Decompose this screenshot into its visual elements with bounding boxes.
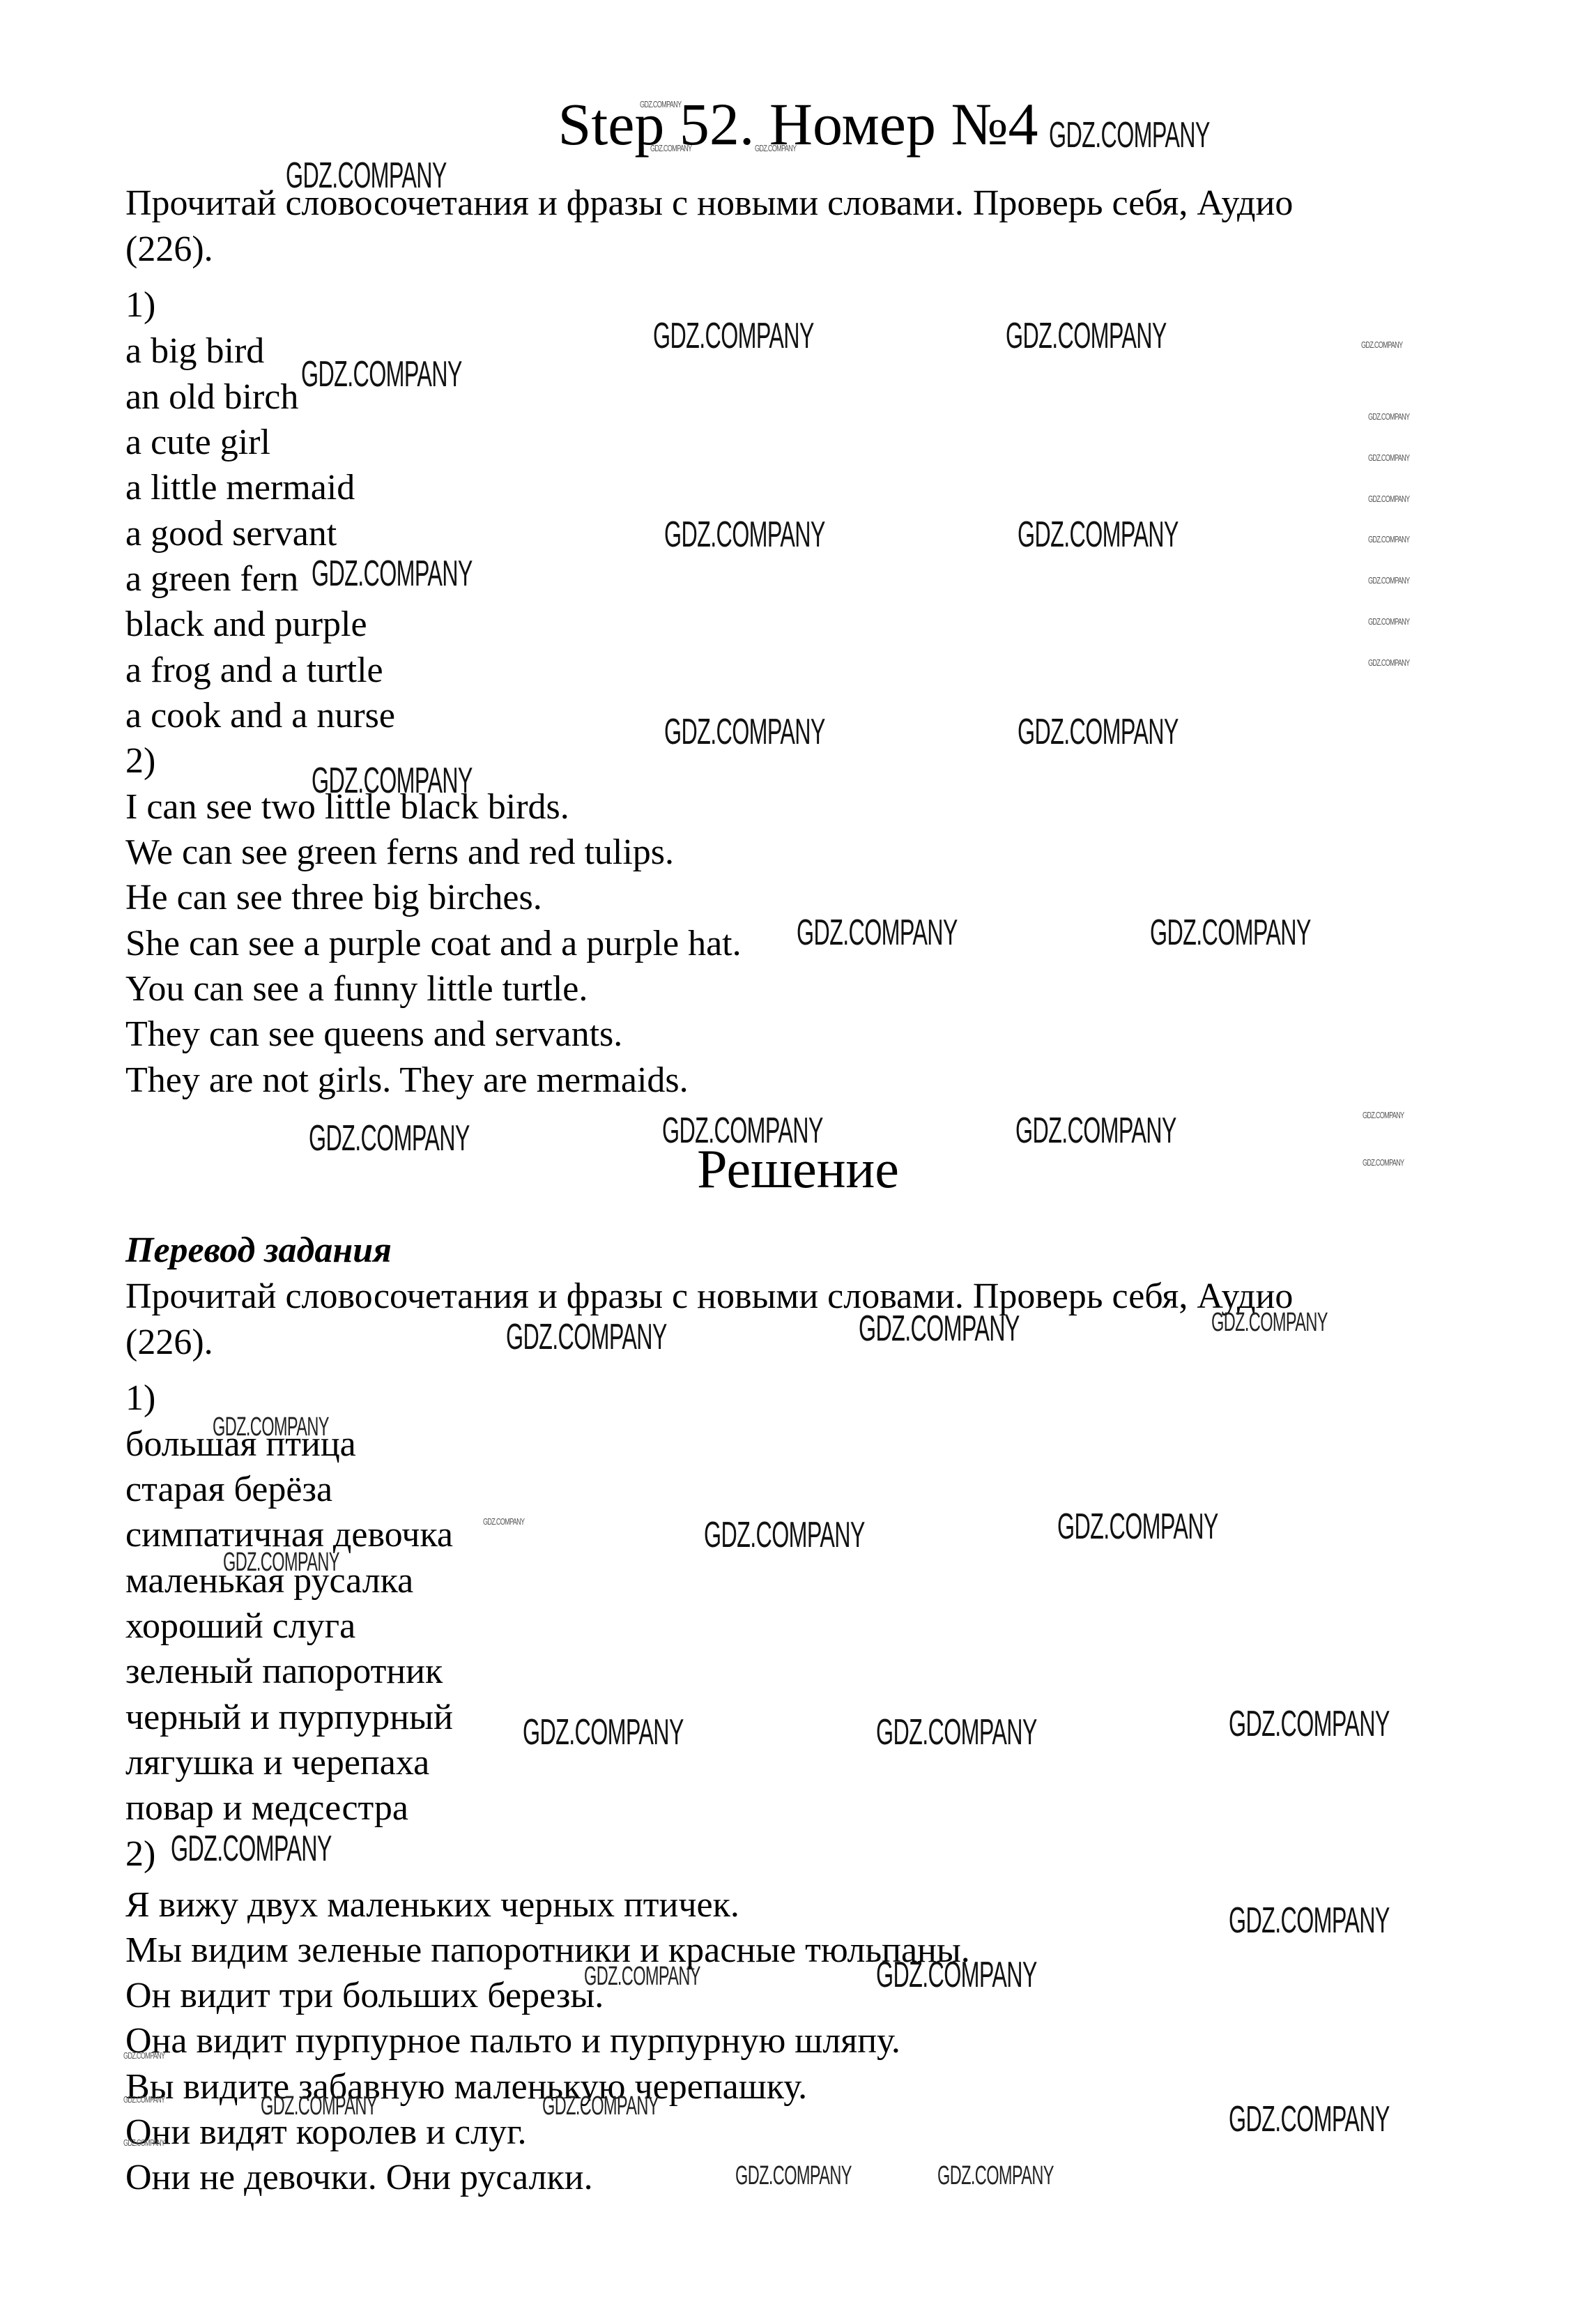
translated-phrase: зеленый папоротник [125, 1651, 443, 1693]
watermark: GDZ.COMPANY [1018, 711, 1179, 753]
watermark: GDZ.COMPANY [286, 155, 447, 197]
sentence-item: They can see queens and servants. [125, 1014, 622, 1055]
phrase-item: a little mermaid [125, 467, 355, 509]
watermark: GDZ.COMPANY [1361, 340, 1402, 350]
document-page: Step 52. Номер №4 Прочитай словосочетани… [0, 0, 1596, 2311]
translated-phrase: лягушка и черепаха [125, 1742, 429, 1784]
sentence-item: We can see green ferns and red tulips. [125, 832, 674, 874]
translated-phrase: хороший слуга [125, 1606, 355, 1647]
watermark: GDZ.COMPANY [1368, 452, 1409, 463]
solution-part1-label: 1) [125, 1378, 155, 1419]
watermark: GDZ.COMPANY [1049, 114, 1210, 156]
watermark: GDZ.COMPANY [1150, 912, 1311, 954]
sentence-item: You can see a funny little turtle. [125, 968, 588, 1010]
watermark: GDZ.COMPANY [1229, 1703, 1390, 1745]
watermark: GDZ.COMPANY [261, 2091, 377, 2121]
watermark: GDZ.COMPANY [1018, 514, 1179, 556]
watermark: GDZ.COMPANY [859, 1308, 1020, 1350]
watermark: GDZ.COMPANY [653, 315, 814, 357]
translated-sentence: Вы видите забавную маленькую черепашку. [125, 2066, 807, 2108]
watermark: GDZ.COMPANY [1363, 1110, 1404, 1120]
sentence-item: They are not girls. They are mermaids. [125, 1060, 689, 1101]
watermark: GDZ.COMPANY [1057, 1506, 1218, 1548]
watermark: GDZ.COMPANY [1015, 1110, 1176, 1152]
watermark: GDZ.COMPANY [123, 2094, 164, 2105]
watermark: GDZ.COMPANY [1368, 494, 1409, 504]
translated-sentence: Она видит пурпурное пальто и пурпурную ш… [125, 2020, 900, 2062]
translated-phrase: повар и медсестра [125, 1787, 408, 1829]
watermark: GDZ.COMPANY [640, 99, 681, 109]
watermark: GDZ.COMPANY [542, 2091, 659, 2121]
translated-phrase: старая берёза [125, 1469, 332, 1511]
watermark: GDZ.COMPANY [876, 1711, 1037, 1753]
watermark: GDZ.COMPANY [662, 1110, 823, 1152]
solution-part2-label: 2) [125, 1833, 155, 1875]
watermark: GDZ.COMPANY [312, 553, 473, 595]
phrase-item: a frog and a turtle [125, 650, 383, 692]
watermark: GDZ.COMPANY [171, 1828, 332, 1870]
translated-sentence: Мы видим зеленые папоротники и красные т… [125, 1930, 970, 1971]
watermark: GDZ.COMPANY [309, 1118, 470, 1159]
translated-sentence: Он видит три больших березы. [125, 1975, 604, 2017]
watermark: GDZ.COMPANY [523, 1711, 684, 1753]
watermark: GDZ.COMPANY [1006, 315, 1167, 357]
watermark: GDZ.COMPANY [704, 1514, 865, 1556]
phrase-item: black and purple [125, 604, 367, 646]
page-title: Step 52. Номер №4 [0, 91, 1596, 158]
translation-instruction: Прочитай словосочетания и фразы с новыми… [125, 1276, 1293, 1318]
watermark: GDZ.COMPANY [1229, 2098, 1390, 2140]
part2-label: 2) [125, 740, 155, 782]
watermark: GDZ.COMPANY [223, 1548, 339, 1578]
watermark: GDZ.COMPANY [664, 514, 825, 556]
watermark: GDZ.COMPANY [664, 711, 825, 753]
phrase-item: a cook and a nurse [125, 695, 395, 737]
watermark: GDZ.COMPANY [301, 353, 462, 395]
watermark: GDZ.COMPANY [755, 143, 796, 153]
task-instruction-cont: (226). [125, 229, 213, 270]
watermark: GDZ.COMPANY [213, 1412, 329, 1442]
phrase-item: a cute girl [125, 422, 270, 464]
translated-sentence: Они не девочки. Они русалки. [125, 2157, 593, 2199]
watermark: GDZ.COMPANY [584, 1962, 700, 1992]
translated-phrase: черный и пурпурный [125, 1697, 453, 1739]
watermark: GDZ.COMPANY [1368, 657, 1409, 668]
watermark: GDZ.COMPANY [735, 2161, 852, 2191]
watermark: GDZ.COMPANY [937, 2161, 1054, 2191]
watermark: GDZ.COMPANY [1363, 1157, 1404, 1168]
watermark: GDZ.COMPANY [1211, 1308, 1328, 1338]
translation-heading: Перевод задания [125, 1230, 392, 1272]
watermark: GDZ.COMPANY [312, 760, 473, 802]
phrase-item: a big bird [125, 330, 264, 372]
watermark: GDZ.COMPANY [797, 912, 958, 954]
watermark: GDZ.COMPANY [1368, 575, 1409, 586]
watermark: GDZ.COMPANY [1368, 411, 1409, 422]
watermark: GDZ.COMPANY [650, 143, 691, 153]
part1-label: 1) [125, 284, 155, 326]
watermark: GDZ.COMPANY [876, 1954, 1037, 1996]
watermark: GDZ.COMPANY [123, 2137, 164, 2148]
watermark: GDZ.COMPANY [1368, 534, 1409, 544]
watermark: GDZ.COMPANY [123, 2050, 164, 2061]
watermark: GDZ.COMPANY [506, 1316, 667, 1358]
watermark: GDZ.COMPANY [483, 1516, 524, 1527]
sentence-item: He can see three big birches. [125, 877, 542, 919]
sentence-item: She can see a purple coat and a purple h… [125, 923, 742, 965]
phrase-item: a good servant [125, 513, 337, 555]
watermark: GDZ.COMPANY [1368, 616, 1409, 627]
translation-instruction-cont: (226). [125, 1322, 213, 1364]
watermark: GDZ.COMPANY [1229, 1900, 1390, 1942]
phrase-item: an old birch [125, 376, 298, 418]
translated-sentence: Я вижу двух маленьких черных птичек. [125, 1884, 739, 1926]
phrase-item: a green fern [125, 558, 298, 600]
